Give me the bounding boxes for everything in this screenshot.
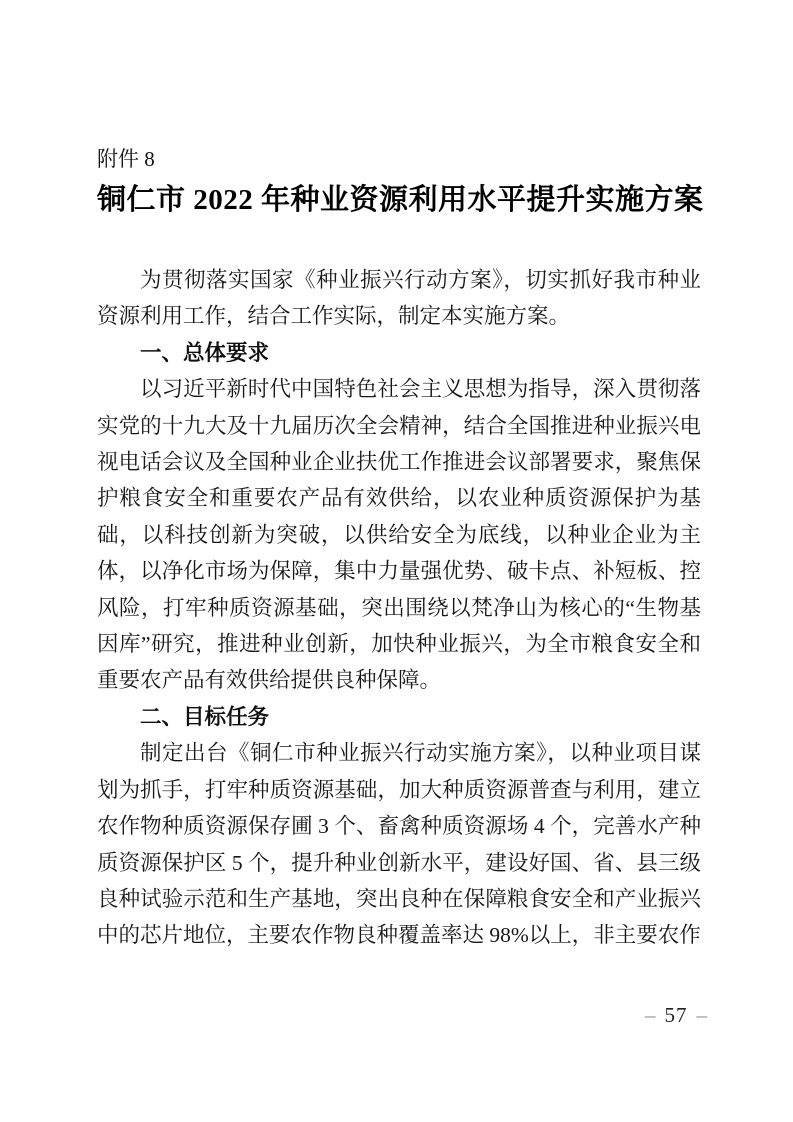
page-footer: – 57 – (645, 1002, 707, 1028)
document-content: 附件 8 铜仁市 2022 年种业资源利用水平提升实施方案 为贯彻落实国家《种业… (97, 0, 701, 954)
document-title: 铜仁市 2022 年种业资源利用水平提升实施方案 (97, 178, 701, 222)
footer-dash-left: – (645, 1002, 656, 1028)
section-heading-overall-requirements: 一、总体要求 (97, 335, 701, 371)
section-heading-target-tasks: 二、目标任务 (97, 699, 701, 735)
paragraph-target-tasks: 制定出台《铜仁市种业振兴行动实施方案》，以种业项目谋划为抓手，打牢种质资源基础，… (97, 735, 701, 953)
document-page: 附件 8 铜仁市 2022 年种业资源利用水平提升实施方案 为贯彻落实国家《种业… (0, 0, 793, 1122)
footer-dash-right: – (697, 1002, 708, 1028)
paragraph-overall-requirements: 以习近平新时代中国特色社会主义思想为指导，深入贯彻落实党的十九大及十九届历次全会… (97, 371, 701, 699)
attachment-label: 附件 8 (97, 146, 701, 172)
page-number: 57 (665, 1002, 688, 1028)
paragraph-intro: 为贯彻落实国家《种业振兴行动方案》，切实抓好我市种业资源利用工作，结合工作实际，… (97, 262, 701, 335)
